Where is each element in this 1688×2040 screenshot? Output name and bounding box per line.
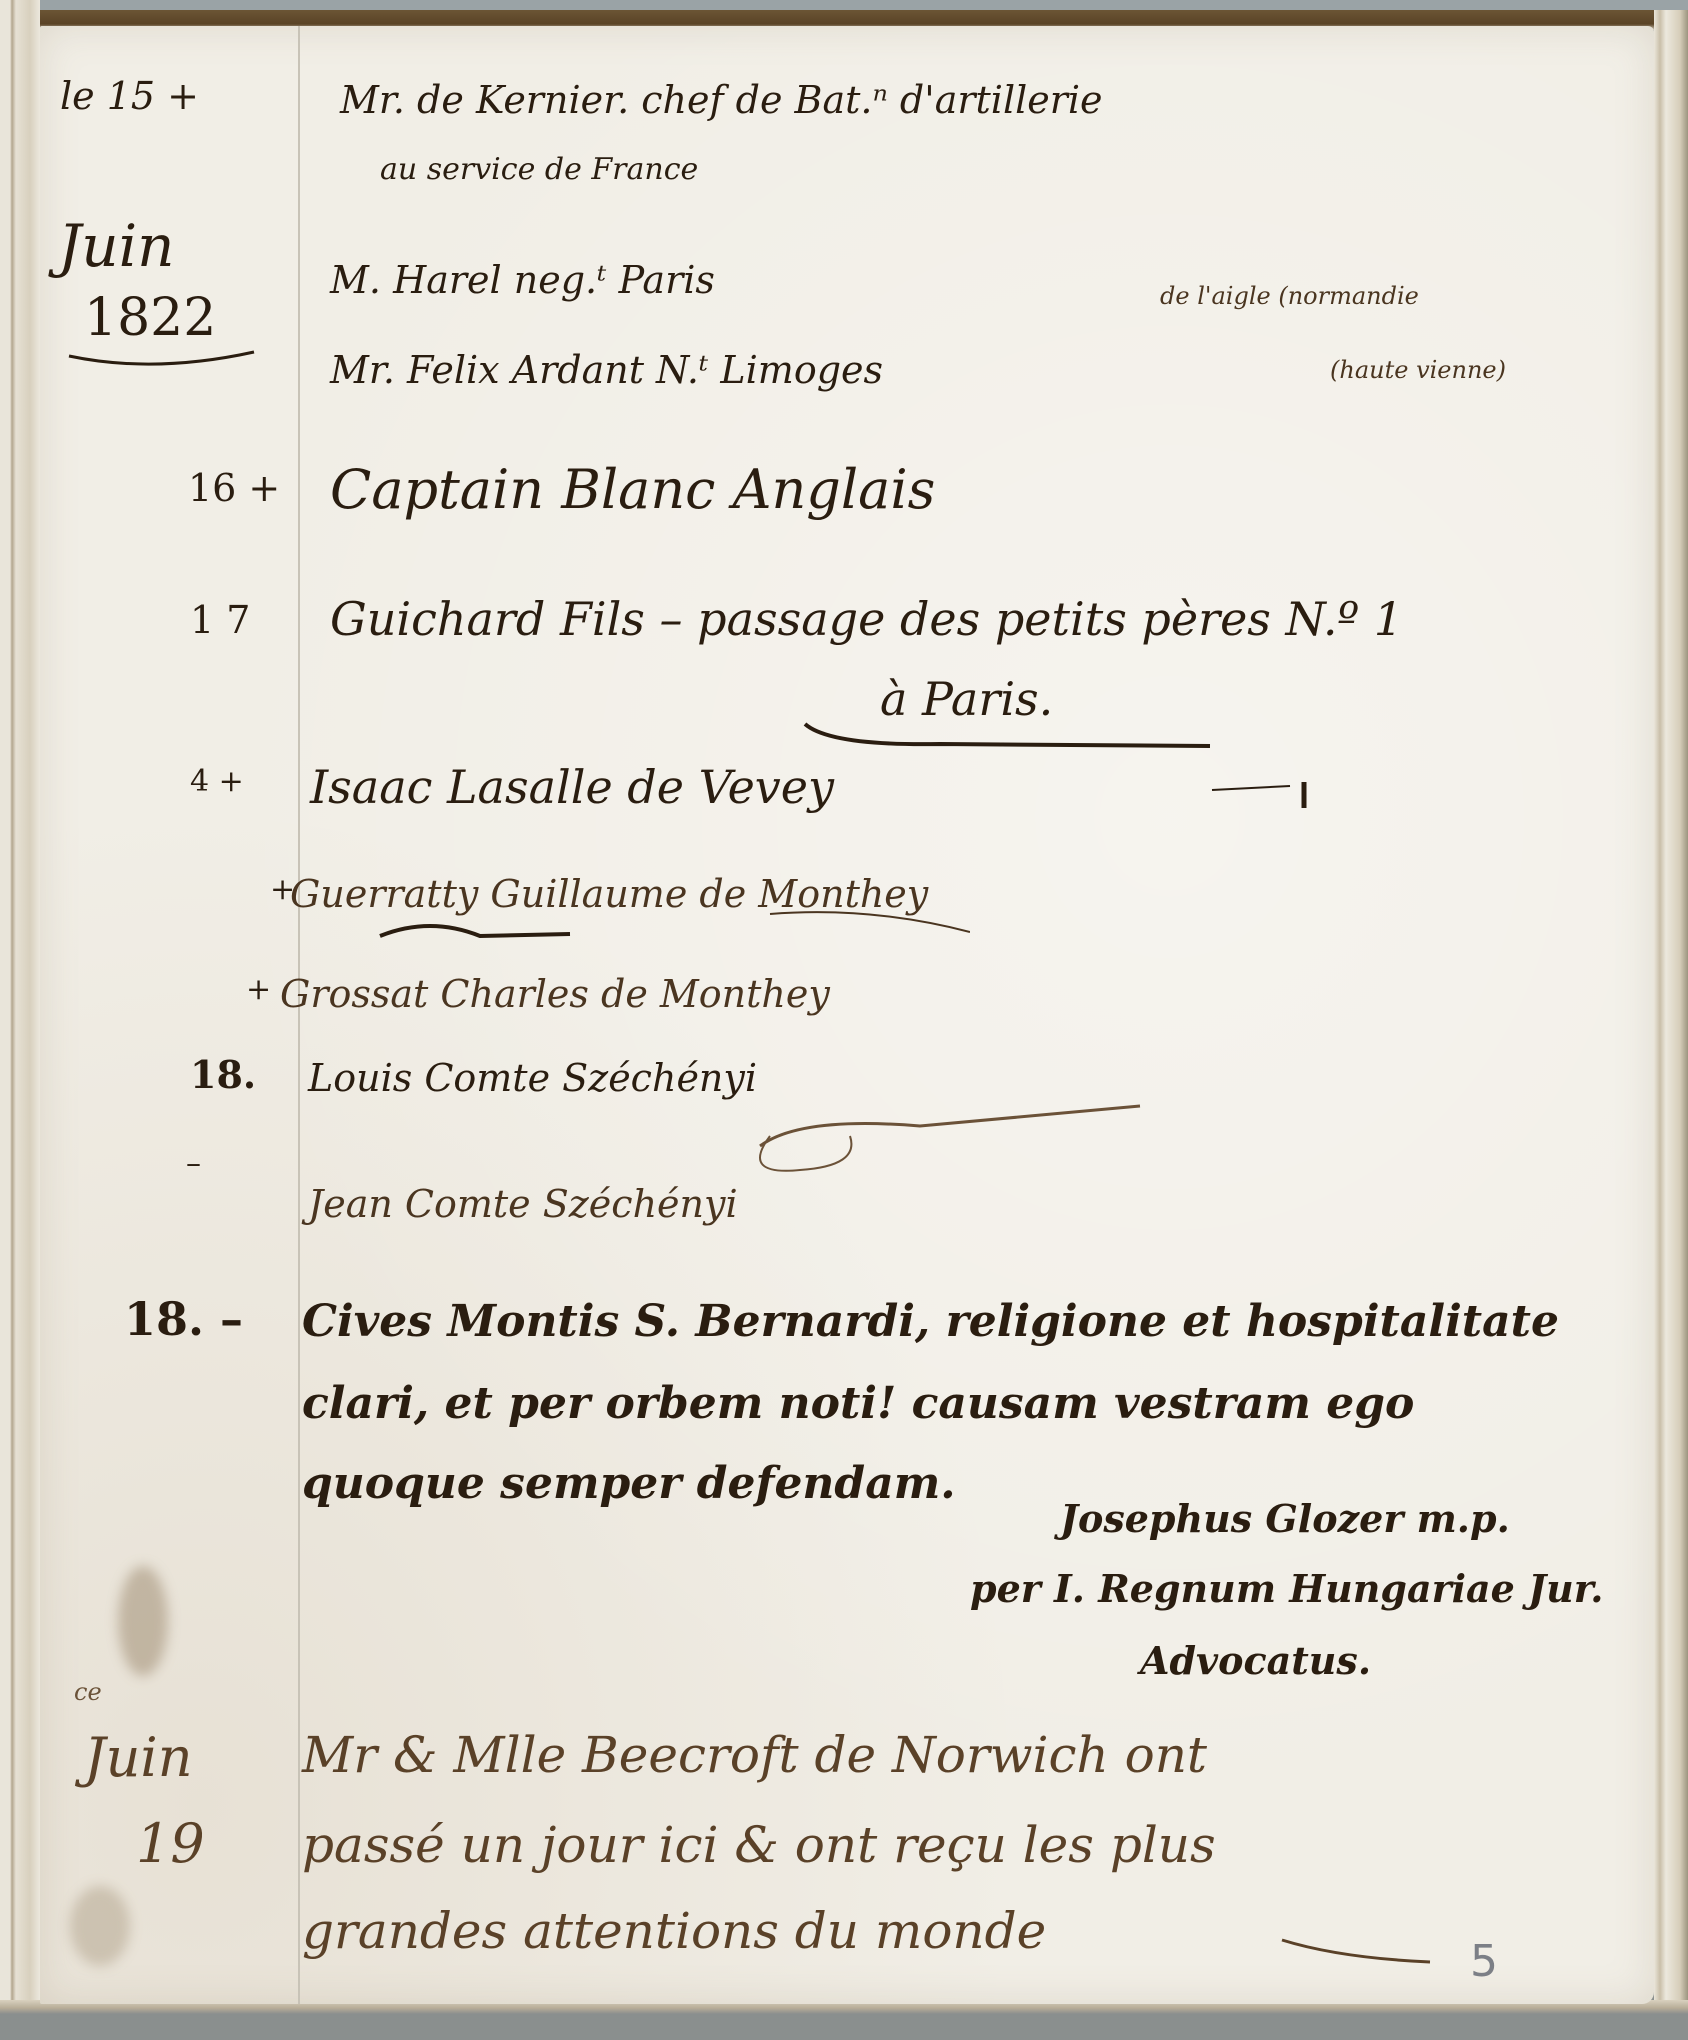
dash-flourish (1210, 780, 1320, 820)
entry-latin-line1: Cives Montis S. Bernardi, religione et h… (302, 1296, 1559, 1347)
entry-ardant: Mr. Felix Ardant N.ᵗ Limoges (330, 348, 883, 392)
margin-date-15: le 15 + (60, 74, 199, 118)
entry-lasalle: Isaac Lasalle de Vevey (310, 760, 834, 814)
entry-harel: M. Harel neg.ᵗ Paris (330, 258, 715, 302)
entry-louis-szechenyi: Louis Comte Széchényi (308, 1056, 757, 1100)
margin-mark-gross: + (246, 972, 271, 1007)
ink-stain (118, 1566, 168, 1676)
entry-latin-line3: quoque semper defendam. (302, 1458, 956, 1509)
ending-flourish (1280, 1936, 1440, 1966)
margin-date-16: 16 + (188, 466, 280, 510)
margin-year-1822: 1822 (84, 288, 216, 348)
entry-kernier-line1: Mr. de Kernier. chef de Bat.ⁿ d'artiller… (340, 78, 1103, 122)
signature-role: Advocatus. (1140, 1638, 1371, 1683)
strike-flourish (370, 906, 970, 956)
page-edge-right (1654, 10, 1688, 2020)
margin-date-19: 19 (136, 1812, 205, 1875)
entry-kernier-line2: au service de France (380, 152, 698, 187)
margin-date-18a: 18. (190, 1052, 256, 1097)
entry-jean-szechenyi: Jean Comte Széchényi (308, 1182, 738, 1226)
entry-beecroft-line3: grandes attentions du monde (302, 1902, 1046, 1960)
underline-flourish (800, 716, 1220, 756)
book-binding-bottom (0, 2000, 1688, 2040)
entry-guichard-line1: Guichard Fils – passage des petits pères… (330, 592, 1403, 646)
signature-title: per I. Regnum Hungariae Jur. (970, 1566, 1603, 1611)
margin-month-juin-2: Juin (84, 1726, 192, 1789)
margin-month-juin: Juin (58, 212, 175, 280)
book-spine (0, 0, 40, 2040)
register-page: le 15 + Juin 1822 16 + 1 7 4 + + + 18. –… (40, 26, 1654, 2004)
margin-date-4: 4 + (190, 764, 244, 799)
entry-grossat: Grossat Charles de Monthey (280, 972, 830, 1016)
margin-date-18b: 18. – (124, 1292, 243, 1346)
signature-name: Josephus Glozer m.p. (1060, 1496, 1510, 1541)
margin-date-17: 1 7 (190, 598, 250, 642)
margin-prefix-ce: ce (74, 1678, 102, 1706)
entry-beecroft-line2: passé un jour ici & ont reçu les plus (302, 1816, 1216, 1874)
ink-stain (70, 1886, 130, 1966)
underline-flourish (64, 344, 264, 374)
signature-flourish (740, 1096, 1160, 1176)
entry-ardant-annotation: (haute vienne) (1330, 356, 1506, 384)
entry-captain-blanc: Captain Blanc Anglais (330, 458, 935, 521)
entry-latin-line2: clari, et per orbem noti! causam vestram… (302, 1378, 1414, 1429)
entry-harel-annotation: de l'aigle (normandie (1160, 282, 1419, 310)
page-number: 5 (1470, 1936, 1498, 1987)
entry-beecroft-line1: Mr & Mlle Beecroft de Norwich ont (302, 1726, 1207, 1784)
margin-dash-jean: – (186, 1146, 201, 1181)
